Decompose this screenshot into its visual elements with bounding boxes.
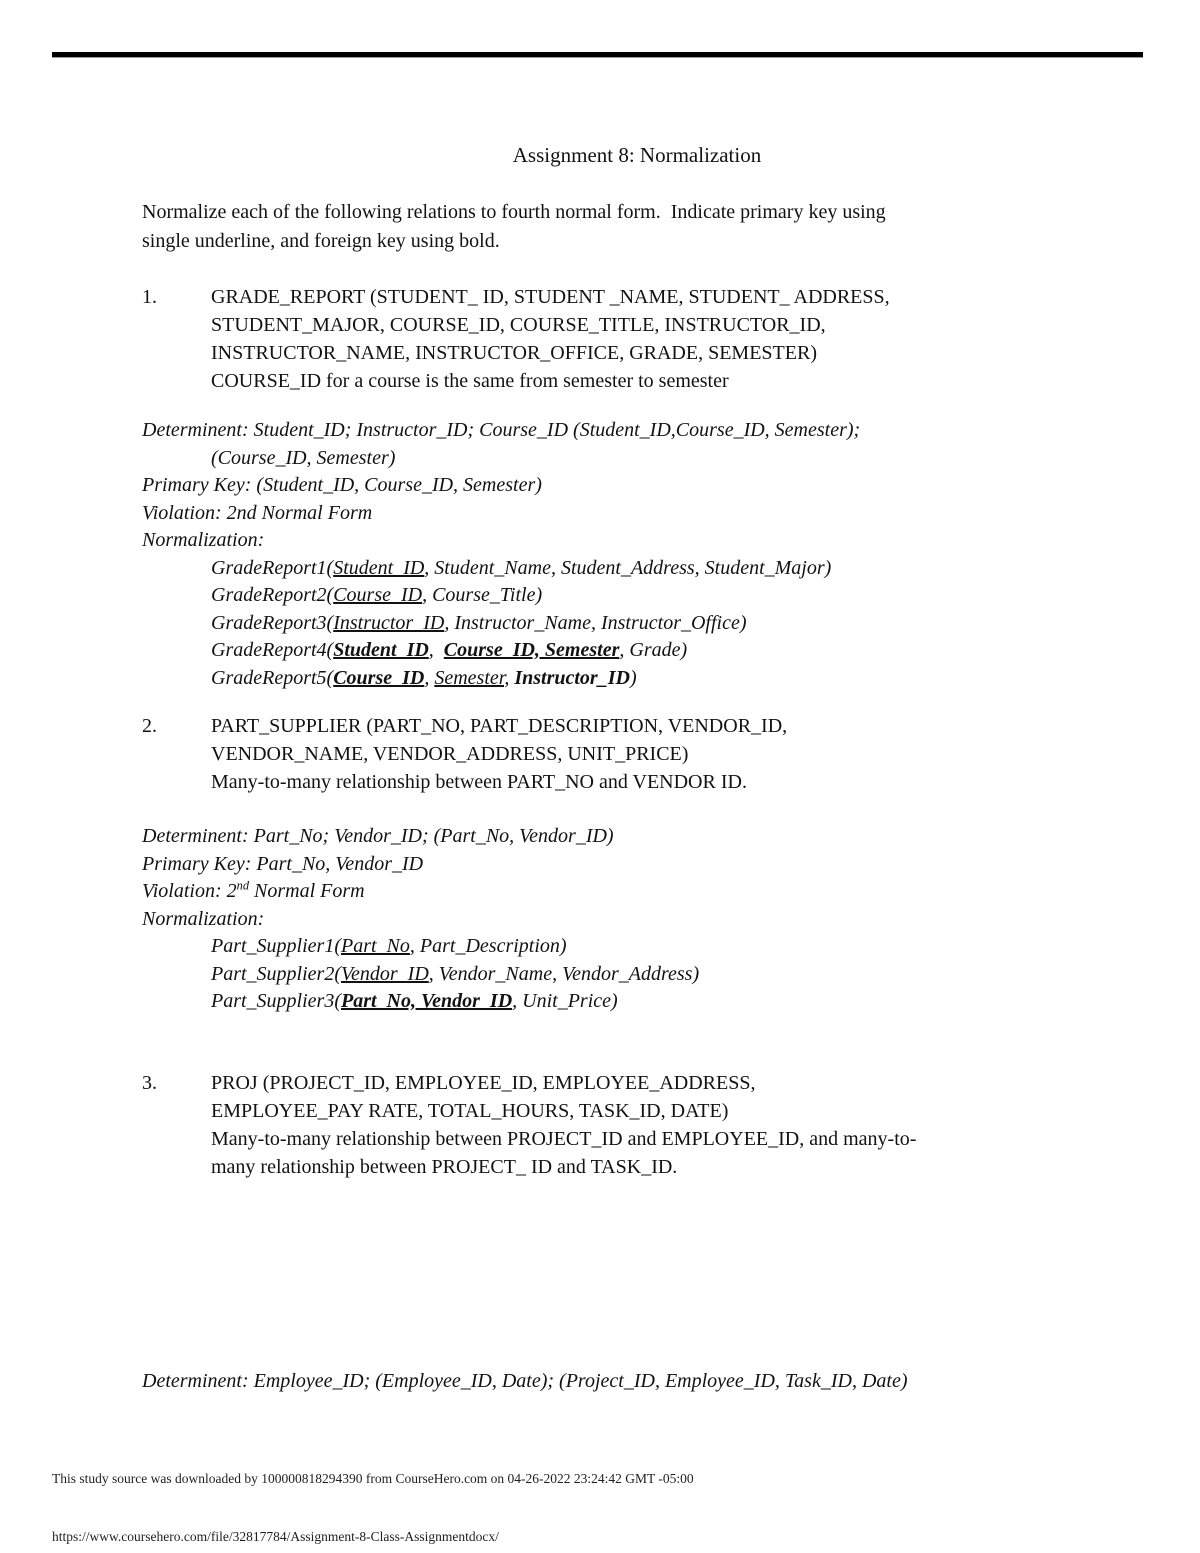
decomposition-line: GradeReport4(Student_ID, Course_ID, Seme…: [142, 637, 1132, 665]
relation-definition-line: GRADE_REPORT (STUDENT_ ID, STUDENT _NAME…: [211, 283, 1132, 311]
document-page: Assignment 8: Normalization Normalize ea…: [0, 0, 1200, 1553]
decomposition-line: GradeReport2(Course_ID, Course_Title): [142, 582, 1132, 610]
relation-definition-line: PART_SUPPLIER (PART_NO, PART_DESCRIPTION…: [211, 712, 1132, 740]
normalization-label: Normalization:: [142, 906, 1132, 934]
relation-note-line: many relationship between PROJECT_ ID an…: [211, 1153, 1132, 1181]
relation-note-line: Many-to-many relationship between PROJEC…: [211, 1125, 1132, 1153]
coursehero-source-link[interactable]: https://www.coursehero.com/file/32817784…: [52, 1529, 499, 1545]
relation-definition-line: VENDOR_NAME, VENDOR_ADDRESS, UNIT_PRICE): [211, 740, 1132, 768]
determinant-line: Determinent: Student_ID; Instructor_ID; …: [142, 417, 1132, 445]
primary-key-line: Primary Key: Part_No, Vendor_ID: [142, 851, 1132, 879]
relation-definition-line: INSTRUCTOR_NAME, INSTRUCTOR_OFFICE, GRAD…: [211, 339, 1132, 367]
download-attribution: This study source was downloaded by 1000…: [52, 1471, 694, 1487]
relation-definition-line: EMPLOYEE_PAY RATE, TOTAL_HOURS, TASK_ID,…: [211, 1097, 1132, 1125]
determinant-continuation-line: (Course_ID, Semester): [142, 445, 1132, 473]
page-content: Assignment 8: Normalization Normalize ea…: [142, 0, 1132, 1395]
violation-line: Violation: 2nd Normal Form: [142, 878, 1132, 906]
relation-note-line: COURSE_ID for a course is the same from …: [211, 367, 1132, 395]
determinant-line: Determinent: Part_No; Vendor_ID; (Part_N…: [142, 823, 1132, 851]
decomposition-line: Part_Supplier3(Part_No, Vendor_ID, Unit_…: [142, 988, 1132, 1016]
page-title: Assignment 8: Normalization: [142, 142, 1132, 168]
problem-3: 3. PROJ (PROJECT_ID, EMPLOYEE_ID, EMPLOY…: [142, 1069, 1132, 1181]
relation-definition-line: STUDENT_MAJOR, COURSE_ID, COURSE_TITLE, …: [211, 311, 1132, 339]
decomposition-line: GradeReport1(Student_ID, Student_Name, S…: [142, 555, 1132, 583]
primary-key-line: Primary Key: (Student_ID, Course_ID, Sem…: [142, 472, 1132, 500]
problem-number: 3.: [142, 1069, 211, 1181]
intro-line: Normalize each of the following relation…: [142, 198, 1132, 227]
relation-note-line: Many-to-many relationship between PART_N…: [211, 768, 1132, 796]
problem-2: 2. PART_SUPPLIER (PART_NO, PART_DESCRIPT…: [142, 712, 1132, 796]
problem-1-analysis: Determinent: Student_ID; Instructor_ID; …: [142, 417, 1132, 692]
problem-number: 2.: [142, 712, 211, 796]
decomposition-line: GradeReport5(Course_ID, Semester, Instru…: [142, 665, 1132, 693]
problem-number: 1.: [142, 283, 211, 395]
determinant-line: Determinent: Employee_ID; (Employee_ID, …: [142, 1368, 1132, 1396]
normalization-label: Normalization:: [142, 527, 1132, 555]
relation-definition: PROJ (PROJECT_ID, EMPLOYEE_ID, EMPLOYEE_…: [211, 1069, 1132, 1181]
decomposition-line: Part_Supplier2(Vendor_ID, Vendor_Name, V…: [142, 961, 1132, 989]
violation-line: Violation: 2nd Normal Form: [142, 500, 1132, 528]
relation-definition-line: PROJ (PROJECT_ID, EMPLOYEE_ID, EMPLOYEE_…: [211, 1069, 1132, 1097]
relation-definition: PART_SUPPLIER (PART_NO, PART_DESCRIPTION…: [211, 712, 1132, 796]
problem-1: 1. GRADE_REPORT (STUDENT_ ID, STUDENT _N…: [142, 283, 1132, 395]
intro-paragraph: Normalize each of the following relation…: [142, 198, 1132, 256]
decomposition-line: Part_Supplier1(Part_No, Part_Description…: [142, 933, 1132, 961]
relation-definition: GRADE_REPORT (STUDENT_ ID, STUDENT _NAME…: [211, 283, 1132, 395]
decomposition-line: GradeReport3(Instructor_ID, Instructor_N…: [142, 610, 1132, 638]
intro-line: single underline, and foreign key using …: [142, 227, 1132, 256]
problem-2-analysis: Determinent: Part_No; Vendor_ID; (Part_N…: [142, 823, 1132, 1016]
